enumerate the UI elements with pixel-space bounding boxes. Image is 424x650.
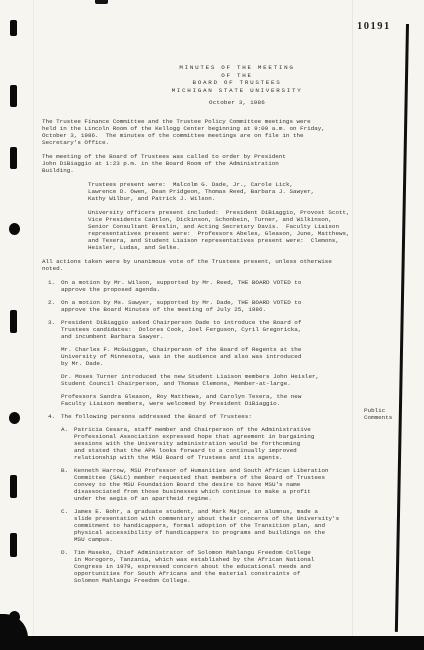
page-crease [33,0,34,650]
document-body: The Trustee Finance Committee and the Tr… [42,118,362,590]
paragraph-unanimous-vote: All actions taken were by unanimous vote… [42,258,362,272]
sub-item-C: C. James E. Bohr, a graduate student, an… [42,508,362,543]
sub-item-B: B. Kenneth Harrow, MSU Professor of Huma… [42,467,362,502]
list-item-number: 3. [48,319,55,326]
sub-item-text: Tim Maseko, Chief Administrator of Solom… [74,549,362,584]
list-item-3-paragraph: Dr. Moses Turner introduced the new Stud… [61,373,362,387]
paragraph-officers-present: University officers present included: Pr… [88,209,362,251]
binder-hole-mark [9,412,20,424]
list-item-3-paragraph: Mr. Charles F. McGuiggan, Chairperson of… [61,346,362,367]
paragraph-call-to-order: The meeting of the Board of Trustees was… [42,153,362,174]
sub-item-text: James E. Bohr, a graduate student, and M… [74,508,362,543]
doc-date: October 3, 1986 [130,99,344,106]
list-item-number: 4. [48,413,55,420]
doc-title-line: OF THE [130,72,344,80]
list-item-text: The following persons addressed the Boar… [61,413,362,420]
binder-hole-mark [10,475,17,498]
list-item-text: On a motion by Ms. Sawyer, supported by … [61,299,362,313]
binder-hole-mark [9,223,20,235]
sub-item-letter: C. [61,508,68,515]
binder-hole-mark [10,533,17,557]
sub-item-letter: B. [61,467,68,474]
binder-hole-mark [10,147,17,169]
sub-item-letter: A. [61,426,68,433]
sub-item-A: A. Patricia Cesara, staff member and Cha… [42,426,362,461]
paragraph-committee-meetings: The Trustee Finance Committee and the Tr… [42,118,362,146]
scan-edge-bottom [0,636,424,650]
doc-title-line: MICHIGAN STATE UNIVERSITY [130,87,344,95]
list-item-number: 1. [48,279,55,286]
binder-hole-mark [10,85,17,107]
list-item-4: 4. The following persons addressed the B… [42,413,362,420]
binder-hole-mark [10,310,17,333]
sub-item-letter: D. [61,549,68,556]
list-item-3: 3. President DiBiaggio asked Chairperson… [42,319,362,340]
binder-hole-mark [10,20,17,36]
list-item-2: 2. On a motion by Ms. Sawyer, supported … [42,299,362,313]
doc-title-line: BOARD OF TRUSTEES [130,79,344,87]
page-number-stamp: 10191 [357,21,391,32]
list-item-text: On a motion by Mr. Wilson, supported by … [61,279,362,293]
scan-edge-mark [95,0,108,4]
scanned-minutes-page: 10191 MINUTES OF THE MEETING OF THE BOAR… [0,0,424,650]
scan-edge-line [395,24,409,632]
list-item-1: 1. On a motion by Mr. Wilson, supported … [42,279,362,293]
scan-edge-corner [0,614,28,642]
sub-item-text: Patricia Cesara, staff member and Chairp… [74,426,362,461]
sub-item-D: D. Tim Maseko, Chief Administrator of So… [42,549,362,584]
paragraph-trustees-present: Trustees present were: Malcolm G. Dade, … [88,181,362,202]
sub-item-text: Kenneth Harrow, MSU Professor of Humanit… [74,467,362,502]
margin-note-public-comments: Public Comments [364,407,392,421]
list-item-number: 2. [48,299,55,306]
list-item-text: President DiBiaggio asked Chairperson Da… [61,319,362,340]
document-header: MINUTES OF THE MEETING OF THE BOARD OF T… [130,64,344,106]
list-item-3-paragraph: Professors Sandra Gleason, Roy Matthews,… [61,393,362,407]
doc-title-line: MINUTES OF THE MEETING [130,64,344,72]
